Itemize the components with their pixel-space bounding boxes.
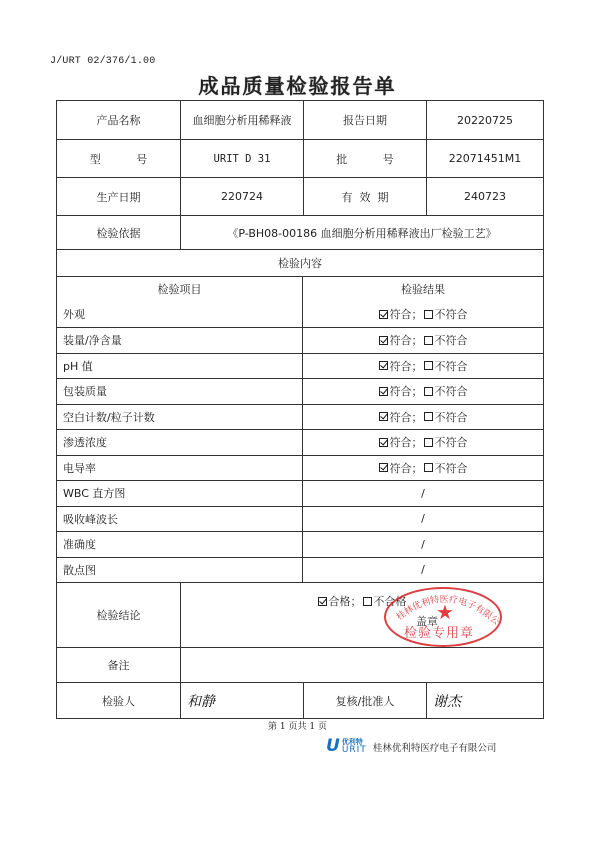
basis-value: 《P-BH08-00186 血细胞分析用稀释液出厂检验工艺》	[180, 216, 543, 249]
table-row: 装量/净含量符合；不符合	[57, 327, 543, 353]
fail-checkbox[interactable]	[424, 361, 433, 370]
fail-label: 不符合	[435, 383, 468, 399]
pass-checkbox[interactable]	[318, 597, 327, 606]
inspection-item-name: WBC 直方图	[57, 481, 302, 506]
inspection-item-name: 准确度	[57, 532, 302, 557]
inspector-label: 检验人	[57, 683, 180, 718]
pass-checkbox[interactable]	[379, 463, 388, 472]
fail-checkbox[interactable]	[424, 438, 433, 447]
table-row: 外观符合；不符合	[57, 302, 543, 328]
table-row: WBC 直方图/	[57, 480, 543, 506]
approver-signature: 谢杰	[426, 683, 543, 718]
pass-checkbox[interactable]	[379, 310, 388, 319]
result-options: 符合；不符合	[379, 383, 468, 399]
row-dates: 生产日期 220724 有效期 240723	[57, 177, 543, 215]
fail-checkbox[interactable]	[424, 310, 433, 319]
company-brand: U 优利特 URIT 桂林优利特医疗电子有限公司	[326, 738, 496, 754]
inspection-items: 外观符合；不符合装量/净含量符合；不符合pH 值符合；不符合包装质量符合；不符合…	[57, 302, 543, 583]
page-indicator: 第 1 页共 1 页	[0, 719, 595, 732]
fail-label: 不符合	[435, 460, 468, 476]
fail-checkbox[interactable]	[363, 597, 372, 606]
remarks-value	[180, 648, 543, 682]
approver-label: 复核/批准人	[303, 683, 426, 718]
inspection-item-result: /	[302, 481, 543, 506]
inspection-item-name: 电导率	[57, 456, 302, 481]
production-date-value: 220724	[180, 178, 303, 215]
pass-checkbox[interactable]	[379, 387, 388, 396]
inspection-item-name: 散点图	[57, 558, 302, 583]
urit-logo-icon: U	[326, 738, 340, 754]
table-row: 散点图/	[57, 557, 543, 583]
pass-checkbox[interactable]	[379, 336, 388, 345]
model-value: URIT D 31	[180, 140, 303, 177]
inspection-item-name: 装量/净含量	[57, 328, 302, 353]
stamp-purpose: 检验专用章	[404, 622, 474, 641]
pass-label: 符合；	[390, 383, 423, 399]
result-options: 符合；不符合	[379, 332, 468, 348]
pass-label: 合格；	[329, 593, 362, 609]
table-row: 空白计数/粒子计数符合；不符合	[57, 404, 543, 430]
row-column-headers: 检验项目 检验结果	[57, 276, 543, 302]
star-icon: ★	[436, 602, 454, 622]
row-section-title: 检验内容	[57, 249, 543, 276]
page-title: 成品质量检验报告单	[0, 70, 595, 99]
row-remarks: 备注	[57, 647, 543, 682]
document-number: J/URT 02/376/1.00	[50, 56, 155, 67]
column-header-result: 检验结果	[302, 277, 543, 302]
fail-label: 不符合	[435, 332, 468, 348]
inspection-item-result: 符合；不符合	[302, 405, 543, 430]
inspection-item-name: pH 值	[57, 354, 302, 379]
table-row: pH 值符合；不符合	[57, 353, 543, 379]
section-title: 检验内容	[57, 250, 543, 276]
inspection-item-result: 符合；不符合	[302, 456, 543, 481]
expiry-label: 有效期	[303, 178, 426, 215]
product-name-label: 产品名称	[57, 101, 180, 139]
inspection-item-result: /	[302, 507, 543, 532]
row-signatures: 检验人 和静 复核/批准人 谢杰	[57, 682, 543, 718]
pass-label: 符合；	[390, 409, 423, 425]
pass-label: 符合；	[390, 460, 423, 476]
inspection-item-result: /	[302, 558, 543, 583]
pass-checkbox[interactable]	[379, 361, 388, 370]
table-row: 渗透浓度符合；不符合	[57, 429, 543, 455]
fail-label: 不符合	[435, 358, 468, 374]
urit-logo: U 优利特 URIT	[326, 738, 367, 754]
remarks-label: 备注	[57, 648, 180, 682]
pass-label: 符合；	[390, 332, 423, 348]
table-row: 吸收峰波长/	[57, 506, 543, 532]
production-date-label: 生产日期	[57, 178, 180, 215]
result-options: 符合；不符合	[379, 460, 468, 476]
fail-checkbox[interactable]	[424, 463, 433, 472]
inspection-item-result: /	[302, 532, 543, 557]
fail-label: 不符合	[435, 409, 468, 425]
inspection-seal-stamp: 桂林优利特医疗电子有限公司 ★ 盖章 检验专用章	[384, 587, 502, 647]
batch-value: 22071451M1	[426, 140, 543, 177]
result-options: 符合；不符合	[379, 358, 468, 374]
table-row: 准确度/	[57, 531, 543, 557]
row-model: 型 号 URIT D 31 批 号 22071451M1	[57, 139, 543, 177]
logo-en: URIT	[342, 746, 367, 754]
inspection-item-name: 外观	[57, 302, 302, 328]
table-row: 包装质量符合；不符合	[57, 378, 543, 404]
result-options: 符合；不符合	[379, 434, 468, 450]
inspection-item-result: 符合；不符合	[302, 328, 543, 353]
inspector-signature: 和静	[180, 683, 303, 718]
model-label: 型 号	[57, 140, 180, 177]
fail-checkbox[interactable]	[424, 412, 433, 421]
result-options: 符合；不符合	[379, 306, 468, 322]
result-options: 符合；不符合	[379, 409, 468, 425]
table-row: 电导率符合；不符合	[57, 455, 543, 481]
report-date-value: 20220725	[426, 101, 543, 139]
pass-label: 符合；	[390, 358, 423, 374]
basis-label: 检验依据	[57, 216, 180, 249]
inspection-item-name: 吸收峰波长	[57, 507, 302, 532]
inspection-item-name: 包装质量	[57, 379, 302, 404]
inspection-item-result: 符合；不符合	[302, 379, 543, 404]
inspection-item-name: 渗透浓度	[57, 430, 302, 455]
batch-label: 批 号	[303, 140, 426, 177]
pass-label: 符合；	[390, 434, 423, 450]
row-basis: 检验依据 《P-BH08-00186 血细胞分析用稀释液出厂检验工艺》	[57, 215, 543, 249]
pass-label: 符合；	[390, 306, 423, 322]
row-product-name: 产品名称 血细胞分析用稀释液 报告日期 20220725	[57, 101, 543, 139]
expiry-value: 240723	[426, 178, 543, 215]
pass-checkbox[interactable]	[379, 438, 388, 447]
inspection-item-name: 空白计数/粒子计数	[57, 405, 302, 430]
inspection-item-result: 符合；不符合	[302, 430, 543, 455]
fail-checkbox[interactable]	[424, 336, 433, 345]
fail-checkbox[interactable]	[424, 387, 433, 396]
report-date-label: 报告日期	[303, 101, 426, 139]
company-name: 桂林优利特医疗电子有限公司	[373, 740, 497, 754]
inspection-item-result: 符合；不符合	[302, 302, 543, 328]
inspection-item-result: 符合；不符合	[302, 354, 543, 379]
fail-label: 不符合	[435, 306, 468, 322]
column-header-item: 检验项目	[57, 277, 302, 302]
product-name-value: 血细胞分析用稀释液	[180, 101, 303, 139]
conclusion-label: 检验结论	[57, 583, 180, 647]
fail-label: 不符合	[435, 434, 468, 450]
pass-checkbox[interactable]	[379, 412, 388, 421]
